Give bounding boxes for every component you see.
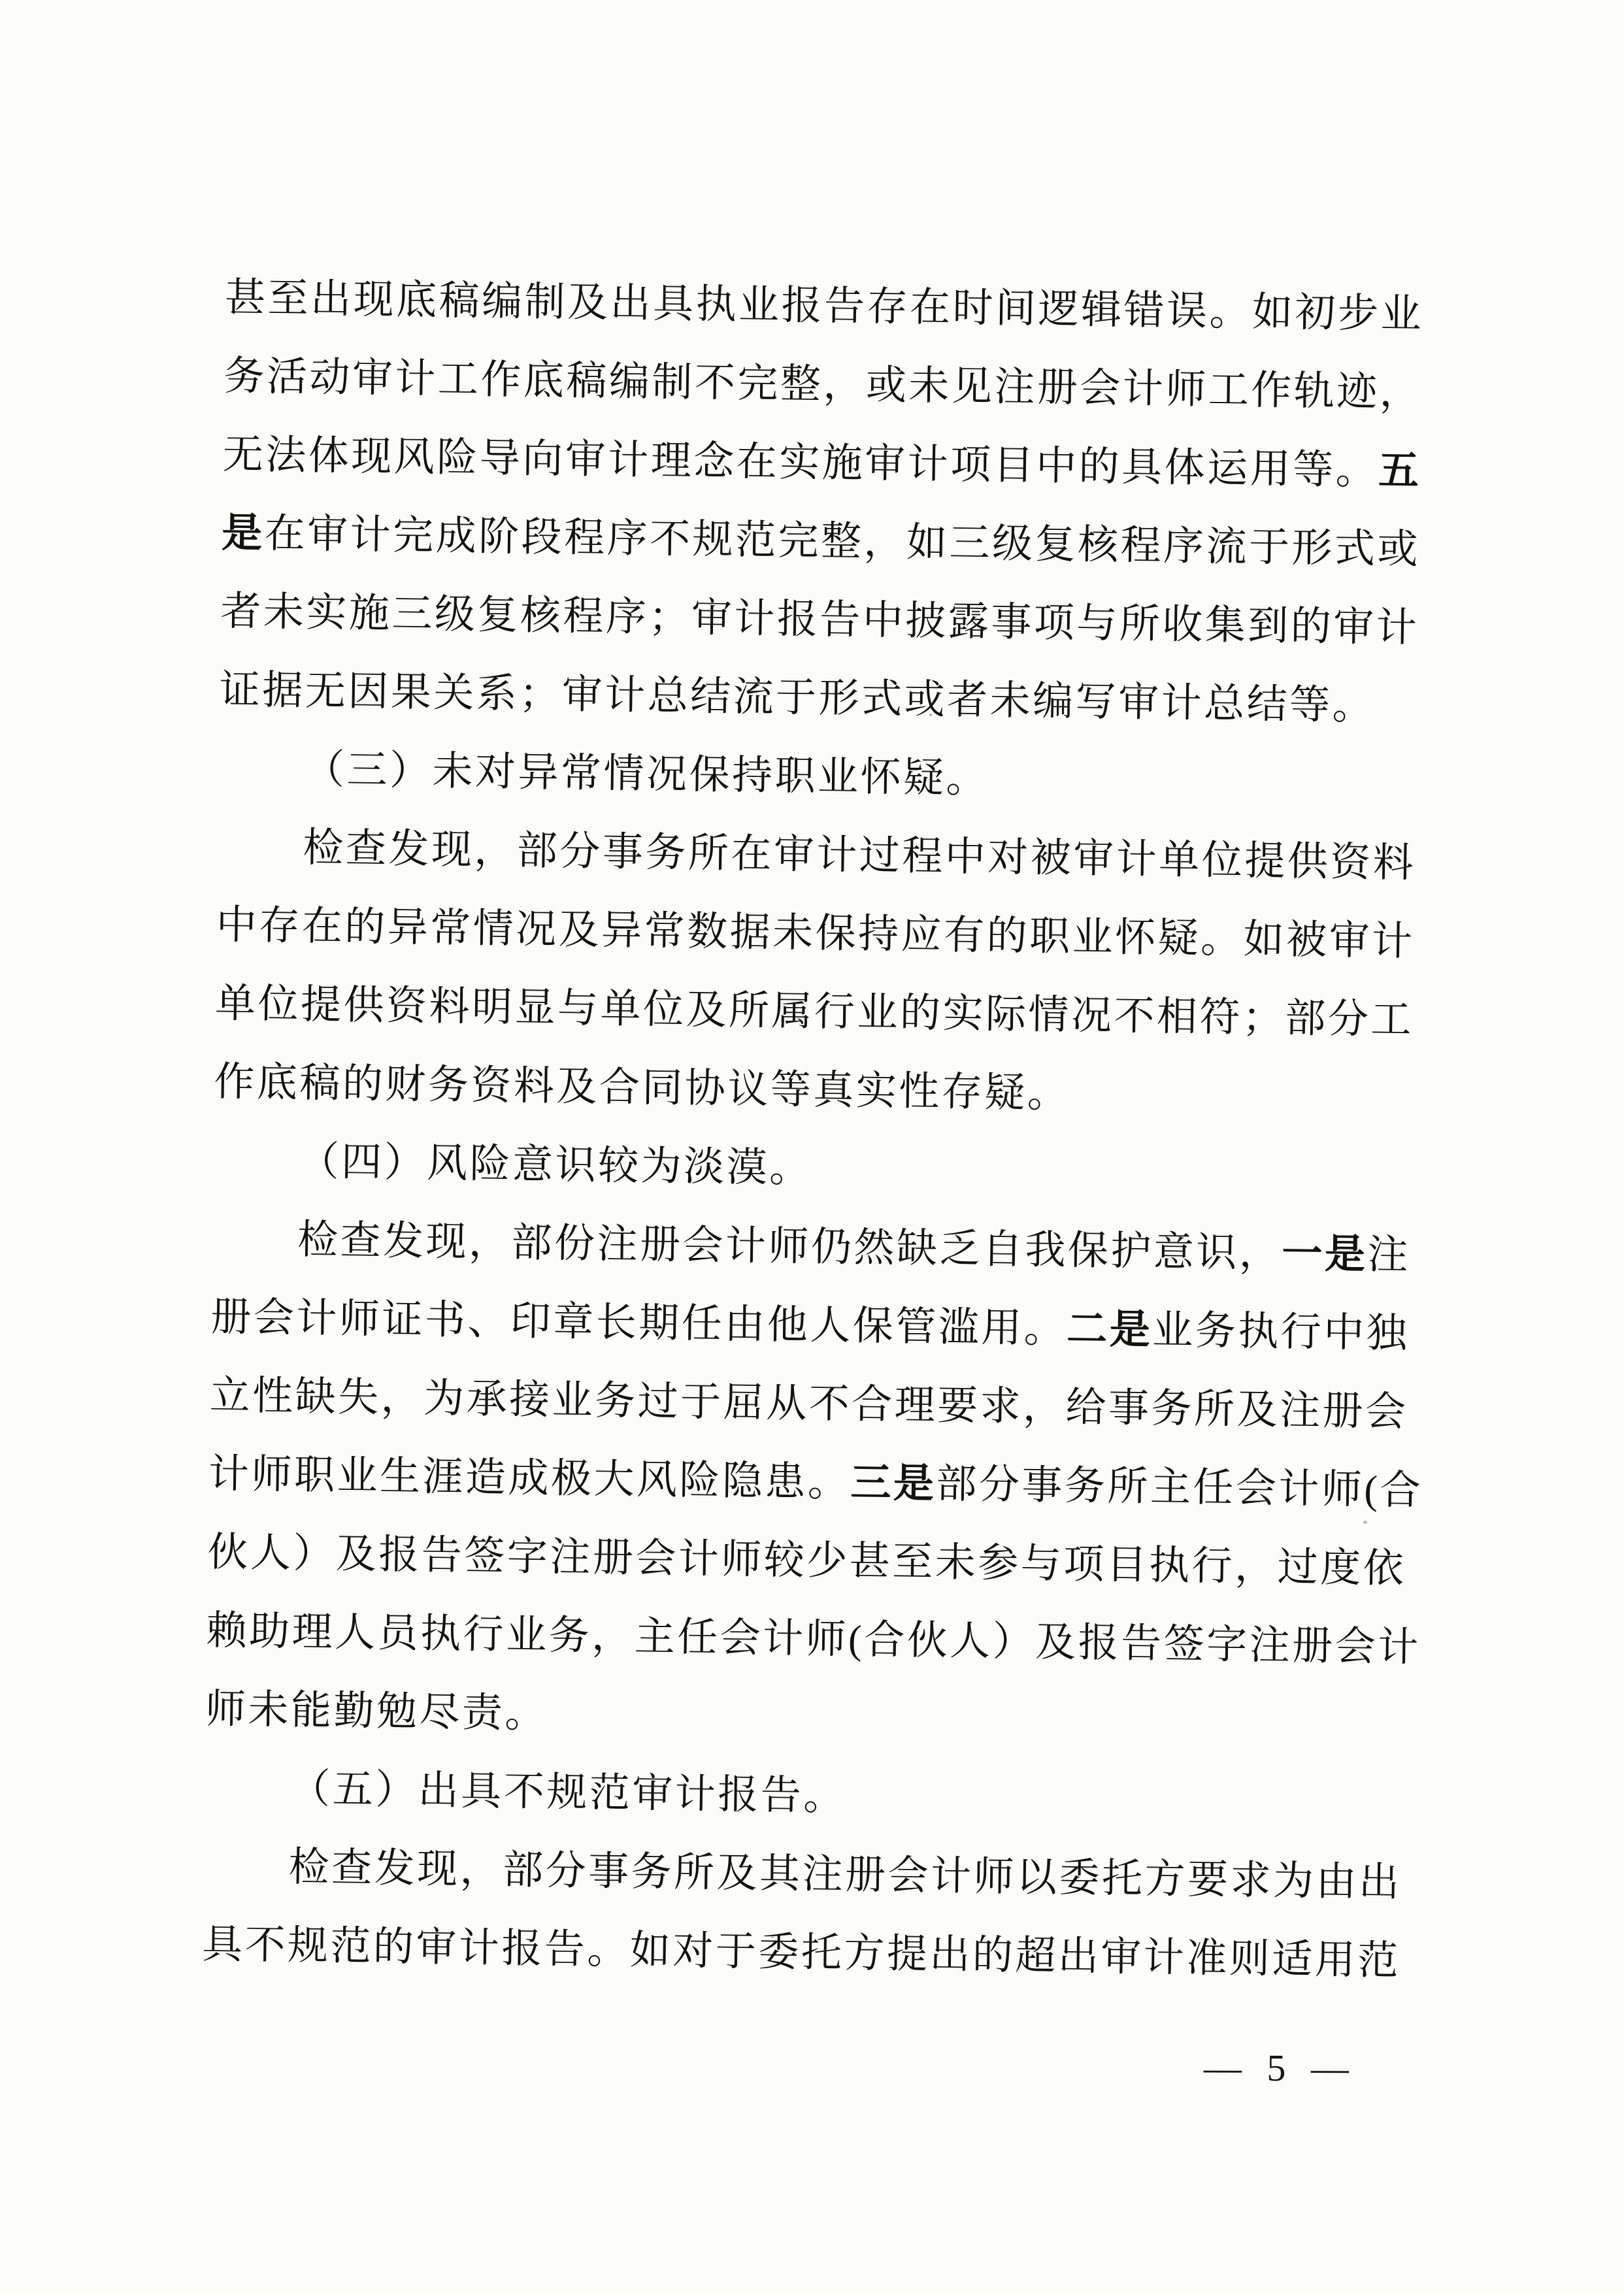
text-run: 计师职业生涯造成极大风险隐患。	[208, 1452, 851, 1506]
text-run: 中存在的异常情况及异常数据未保持应有的职业怀疑。如被审计	[216, 903, 1415, 965]
scan-speck	[363, 307, 367, 310]
bold-text-run: 五	[1378, 449, 1421, 494]
text-run: 单位提供资料明显与单位及所属行业的实际情况不相符；部分工	[215, 982, 1414, 1043]
bold-text-run: 三是	[850, 1461, 936, 1507]
text-run: 册会计师证书、印章长期任由他人保管滥用。	[210, 1295, 1067, 1351]
text-run: （五）出具不规范审计报告。	[290, 1767, 846, 1819]
text-run: 者未实施三级复核程序；审计报告中披露事项与所收集到的审计	[220, 589, 1419, 651]
text-run: （四）风险意识较为淡漠。	[298, 1140, 812, 1191]
text-run: 伙人）及报告签字注册会计师较少甚至未参与项目执行，过度依	[207, 1530, 1406, 1592]
scanned-document-page: 甚至出现底稿编制及出具执业报告存在时间逻辑错误。如初步业务活动审计工作底稿编制不…	[0, 0, 1624, 2293]
scan-speck	[771, 1936, 774, 1938]
text-run: 检查发现，部份注册会计师仍然缺乏自我保护意识，	[297, 1218, 1282, 1276]
bold-text-run: 一是	[1282, 1232, 1368, 1278]
text-run: 检查发现，部分事务所及其注册会计师以委托方要求为由出	[288, 1845, 1402, 1905]
text-run: 部分事务所主任会计师(合	[936, 1462, 1423, 1513]
text-run: 检查发现，部分事务所在审计过程中对被审计单位提供资料	[303, 826, 1416, 886]
text-run: 赖助理人员执行业务，主任会计师(合伙人）及报告签字注册会计	[206, 1609, 1421, 1670]
text-run: 无法体现风险导向审计理念在实施审计项目中的具体运用等。	[222, 433, 1378, 493]
text-line: 具不规范的审计报告。如对于委托方提出的超出审计准则适用范	[201, 1905, 1410, 2001]
text-run: 在审计完成阶段程序不规范完整，如三级复核程序流于形式或	[264, 512, 1420, 572]
footer-page-number: — 5 —	[1204, 2044, 1357, 2093]
text-run: 证据无因果关系；审计总结流于形式或者未编写审计总结等。	[219, 668, 1375, 729]
text-run: 注	[1367, 1233, 1410, 1278]
text-run: （三）未对异常情况保持职业怀疑。	[304, 748, 989, 802]
bold-text-run: 是	[222, 511, 265, 556]
text-run: 作底稿的财务资料及合同协议等真实性存疑。	[214, 1060, 1070, 1116]
text-block: 甚至出现底稿编制及出具执业报告存在时间逻辑错误。如初步业务活动审计工作底稿编制不…	[201, 259, 1433, 2001]
text-run: 立性缺失，为承接业务过于屈从不合理要求，给事务所及注册会	[209, 1374, 1408, 1435]
text-run: 业务执行中独	[1152, 1308, 1410, 1356]
text-run: 具不规范的审计报告。如对于委托方提出的超出审计准则适用范	[202, 1922, 1401, 1984]
text-run: 甚至出现底稿编制及出具执业报告存在时间逻辑错误。如初步业	[225, 276, 1424, 337]
bold-text-run: 二是	[1067, 1307, 1153, 1353]
text-run: 师未能勤勉尽责。	[205, 1687, 548, 1736]
text-run: 务活动审计工作底稿编制不完整，或未见注册会计师工作轨迹，	[224, 354, 1423, 416]
scan-speck	[1363, 1521, 1367, 1524]
scan-speck	[929, 714, 932, 716]
